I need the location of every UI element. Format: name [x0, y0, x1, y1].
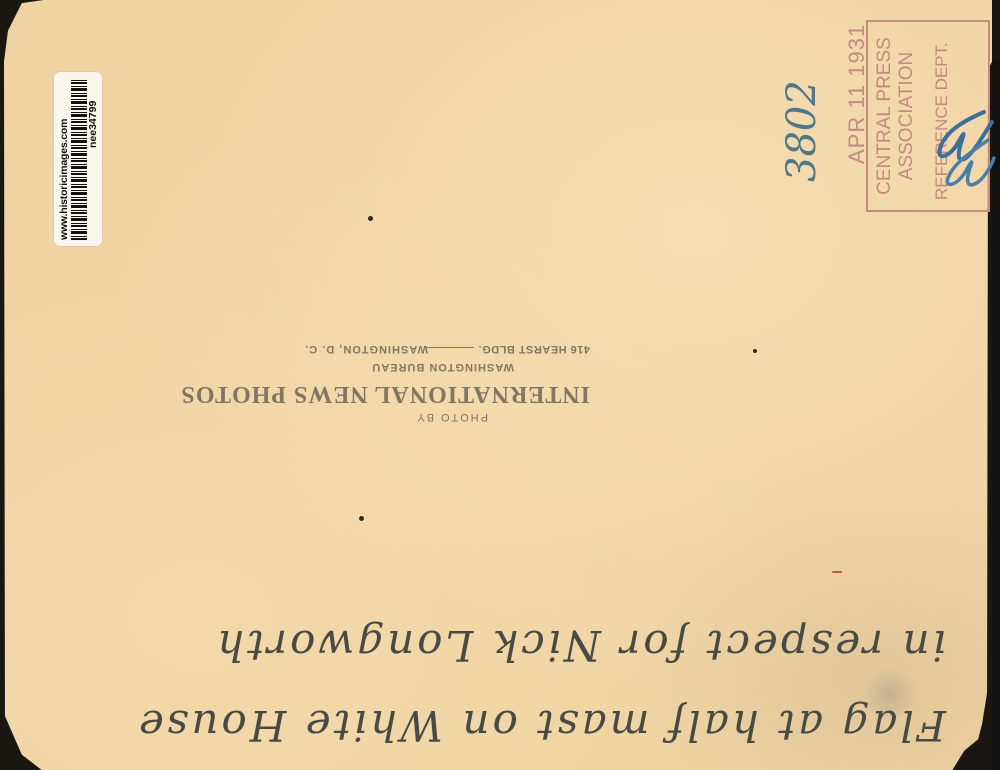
catalog-number: 3802 [780, 62, 824, 182]
scanned-document: www.historicimages.com nee34799 3802 APR… [0, 0, 1000, 770]
speck [753, 349, 757, 353]
inp-city: WASHINGTON, D. C. [304, 343, 428, 355]
red-mark [832, 571, 842, 573]
handwritten-initials-icon [926, 100, 996, 196]
barcode-url: www.historicimages.com [58, 119, 70, 240]
inp-address: 416 HEARST BLDG. [478, 343, 590, 355]
inp-stamp: PHOTO BY INTERNATIONAL NEWS PHOTOS WASHI… [296, 305, 596, 425]
handwritten-caption: Flag at half mast on White House in resp… [90, 585, 960, 760]
barcode-id: nee34799 [87, 101, 99, 148]
speck [359, 516, 364, 521]
cpa-stamp-line1: CENTRAL PRESS [874, 22, 896, 210]
caption-line2: in respect for Nick Longworth [214, 621, 946, 670]
inp-agency-name: INTERNATIONAL NEWS PHOTOS [180, 380, 590, 407]
barcode-label: www.historicimages.com nee34799 [54, 72, 102, 246]
inp-photo-by: PHOTO BY [415, 411, 488, 423]
inp-divider [424, 347, 474, 348]
inp-bureau: WASHINGTON BUREAU [371, 361, 514, 373]
caption-line1: Flag at half mast on White House [136, 701, 946, 750]
barcode-icon [71, 78, 87, 240]
speck [368, 216, 373, 221]
cpa-stamp-line2: ASSOCIATION [896, 22, 918, 210]
